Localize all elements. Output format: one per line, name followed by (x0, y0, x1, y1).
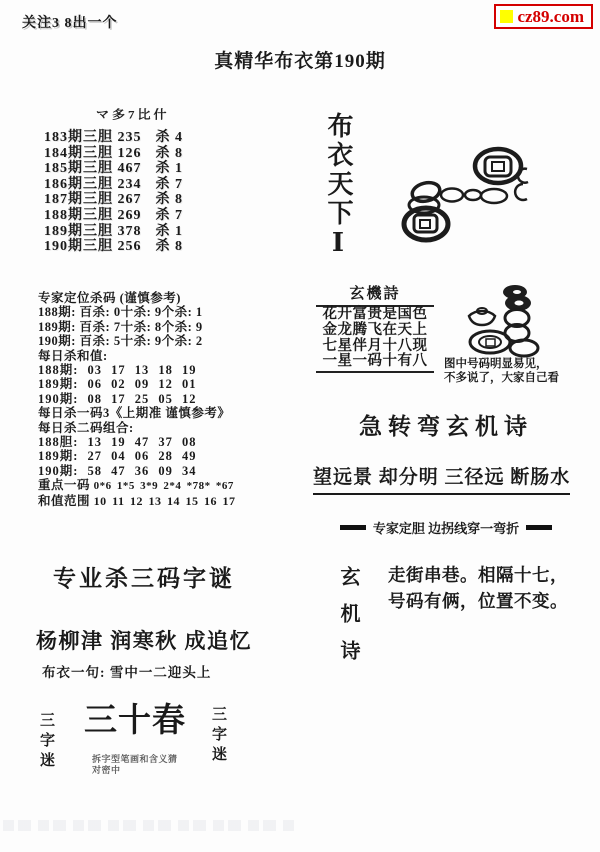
expert-kill-line: 189期: 百杀: 7十杀: 8个杀: 9 (38, 320, 235, 334)
history-row: 186期三胆 234杀 7 (44, 177, 183, 193)
history-row: 188期三胆 269杀 7 (44, 208, 183, 224)
riddle-hint-text: 拆字型笔画和含义猜 对密中 (92, 754, 178, 776)
drawing-caption: 图中号码明显易见， 不多说了，大家自己看 (444, 358, 559, 385)
divider-bar (526, 525, 552, 530)
expert-dan-subline-text: 专家定胆 边拐线穿一弯折 (373, 518, 519, 537)
site-watermark[interactable]: cz89.com (494, 4, 593, 29)
history-row: 187期三胆 267杀 8 (44, 192, 183, 208)
expert-kill-line: 188期: 百杀: 0十杀: 9个杀: 1 (38, 305, 235, 319)
sharp-turn-poem-title: 急转弯玄机诗 (300, 408, 592, 441)
daily-two-code-line: 188胆: 13 19 47 37 08 (38, 435, 235, 449)
history-row: 185期三胆 467杀 1 (44, 161, 183, 177)
riddle-hint-line: 拆字型笔画和含义猜 (92, 754, 178, 765)
kill-three-code-riddle-title: 专业杀三码字谜 (28, 560, 260, 593)
daily-sum-kill-title: 每日杀和值: (38, 349, 235, 363)
focus-one-code-value: 0*6 1*5 3*9 2*4 *78* *67 (94, 480, 234, 492)
drawing-caption-line: 不多说了，大家自己看 (444, 372, 559, 386)
divider-bar (340, 525, 366, 530)
history-row-left: 188期三胆 269 (44, 208, 142, 223)
daily-sum-kill-line: 188期: 03 17 13 18 19 (38, 363, 235, 377)
daily-sum-kill-line: 190期: 08 17 25 05 12 (38, 392, 235, 406)
riddle-hint-line: 对密中 (92, 765, 178, 776)
page-title: 真精华布衣第190期 (0, 46, 600, 73)
daily-two-code-line: 189期: 27 04 06 28 49 (38, 449, 235, 463)
mystery-poem-title: 玄機詩 (316, 282, 434, 307)
history-row-left: 186期三胆 234 (44, 177, 142, 192)
mystery-poem-line: 花开富贵是国色 (316, 307, 434, 323)
footer-ghost-text-band (3, 820, 295, 831)
mystery-poem-line: 金龙腾飞在天上 (316, 323, 434, 339)
yellow-square-icon (500, 10, 513, 23)
xuanji-poem-line: 号码有俩，位置不变。 (388, 588, 568, 614)
lottery-tip-sheet: 关注3 8出一个 cz89.com 真精华布衣第190期 マ多7比什 183期三… (0, 0, 600, 852)
history-row-kill: 杀 4 (156, 130, 184, 145)
sum-range-value: 10 11 12 13 14 15 16 17 (94, 494, 236, 508)
history-row-kill: 杀 1 (156, 161, 184, 176)
three-dan-history: マ多7比什 183期三胆 235杀 4 184期三胆 126杀 8 185期三胆… (44, 104, 183, 255)
xuanji-poem-text: 走街串巷。相隔十七， 号码有俩，位置不变。 (388, 562, 568, 614)
daily-one-code-line: 每日杀一码3《上期准 谨慎参考》 (38, 406, 235, 420)
drawing-caption-line: 图中号码明显易见， (444, 358, 559, 372)
three-char-riddle-label-left: 三字迷 (36, 712, 57, 772)
garbled-header: マ多7比什 (96, 105, 183, 122)
sum-range-label: 和值范围 (38, 494, 90, 508)
daily-sum-kill-line: 189期: 06 02 09 12 01 (38, 377, 235, 391)
mystery-poem-box: 玄機詩 花开富贵是国色 金龙腾飞在天上 七星伴月十八现 一星一码十有八 (316, 282, 434, 373)
ingot-coin-stack-drawing (462, 282, 574, 360)
history-row-kill: 杀 8 (156, 239, 184, 254)
expert-kill-section: 专家定位杀码 (谨慎参考) 188期: 百杀: 0十杀: 9个杀: 1 189期… (38, 291, 235, 508)
expert-dan-subline: 专家定胆 边拐线穿一弯折 (300, 518, 592, 537)
site-watermark-text: cz89.com (517, 8, 584, 25)
daily-two-code-title: 每日杀二码组合: (38, 421, 235, 435)
history-row-kill: 杀 7 (156, 208, 184, 223)
history-row-left: 185期三胆 467 (44, 161, 142, 176)
focus-one-code-label: 重点一码 (38, 478, 90, 492)
coin-chain-drawing (388, 128, 588, 268)
xuanji-poem-line: 走街串巷。相隔十七， (388, 562, 568, 588)
riddle-phrases: 杨柳津 润寒秋 成追忆 (36, 625, 252, 655)
top-left-note: 关注3 8出一个 (22, 12, 118, 32)
history-row-left: 187期三胆 267 (44, 192, 142, 207)
history-row: 190期三胆 256杀 8 (44, 239, 183, 255)
history-row-kill: 杀 8 (156, 146, 184, 161)
history-row-left: 190期三胆 256 (44, 239, 142, 254)
expert-kill-title: 专家定位杀码 (谨慎参考) (38, 291, 235, 305)
mystery-poem-line: 一星一码十有八 (316, 354, 434, 373)
history-row-kill: 杀 8 (156, 192, 184, 207)
history-row-kill: 杀 1 (156, 224, 184, 239)
three-char-riddle-label-right: 三字迷 (208, 706, 229, 766)
expert-kill-line: 190期: 百杀: 5十杀: 9个杀: 2 (38, 334, 235, 348)
daily-two-code-line: 190期: 58 47 36 09 34 (38, 464, 235, 478)
buyi-sentence: 布衣一句: 雪中一二迎头上 (42, 661, 211, 681)
xuanji-poem-vertical-label: 玄机诗 (334, 566, 363, 677)
history-row: 189期三胆 378杀 1 (44, 224, 183, 240)
history-row-left: 184期三胆 126 (44, 146, 142, 161)
focus-one-code-line: 重点一码 0*6 1*5 3*9 2*4 *78* *67 (38, 478, 235, 493)
history-row: 183期三胆 235杀 4 (44, 130, 183, 146)
three-char-riddle: 三十春 (84, 694, 186, 741)
history-row-kill: 杀 7 (156, 177, 184, 192)
buyi-tianxia-vertical-title: 布衣天下Ⅰ (320, 112, 357, 261)
sum-range-line: 和值范围 10 11 12 13 14 15 16 17 (38, 494, 235, 508)
sharp-turn-poem-line: 望远景 却分明 三径远 断肠水 (313, 462, 570, 495)
history-row-left: 189期三胆 378 (44, 224, 142, 239)
history-row-left: 183期三胆 235 (44, 130, 142, 145)
history-row: 184期三胆 126杀 8 (44, 146, 183, 162)
